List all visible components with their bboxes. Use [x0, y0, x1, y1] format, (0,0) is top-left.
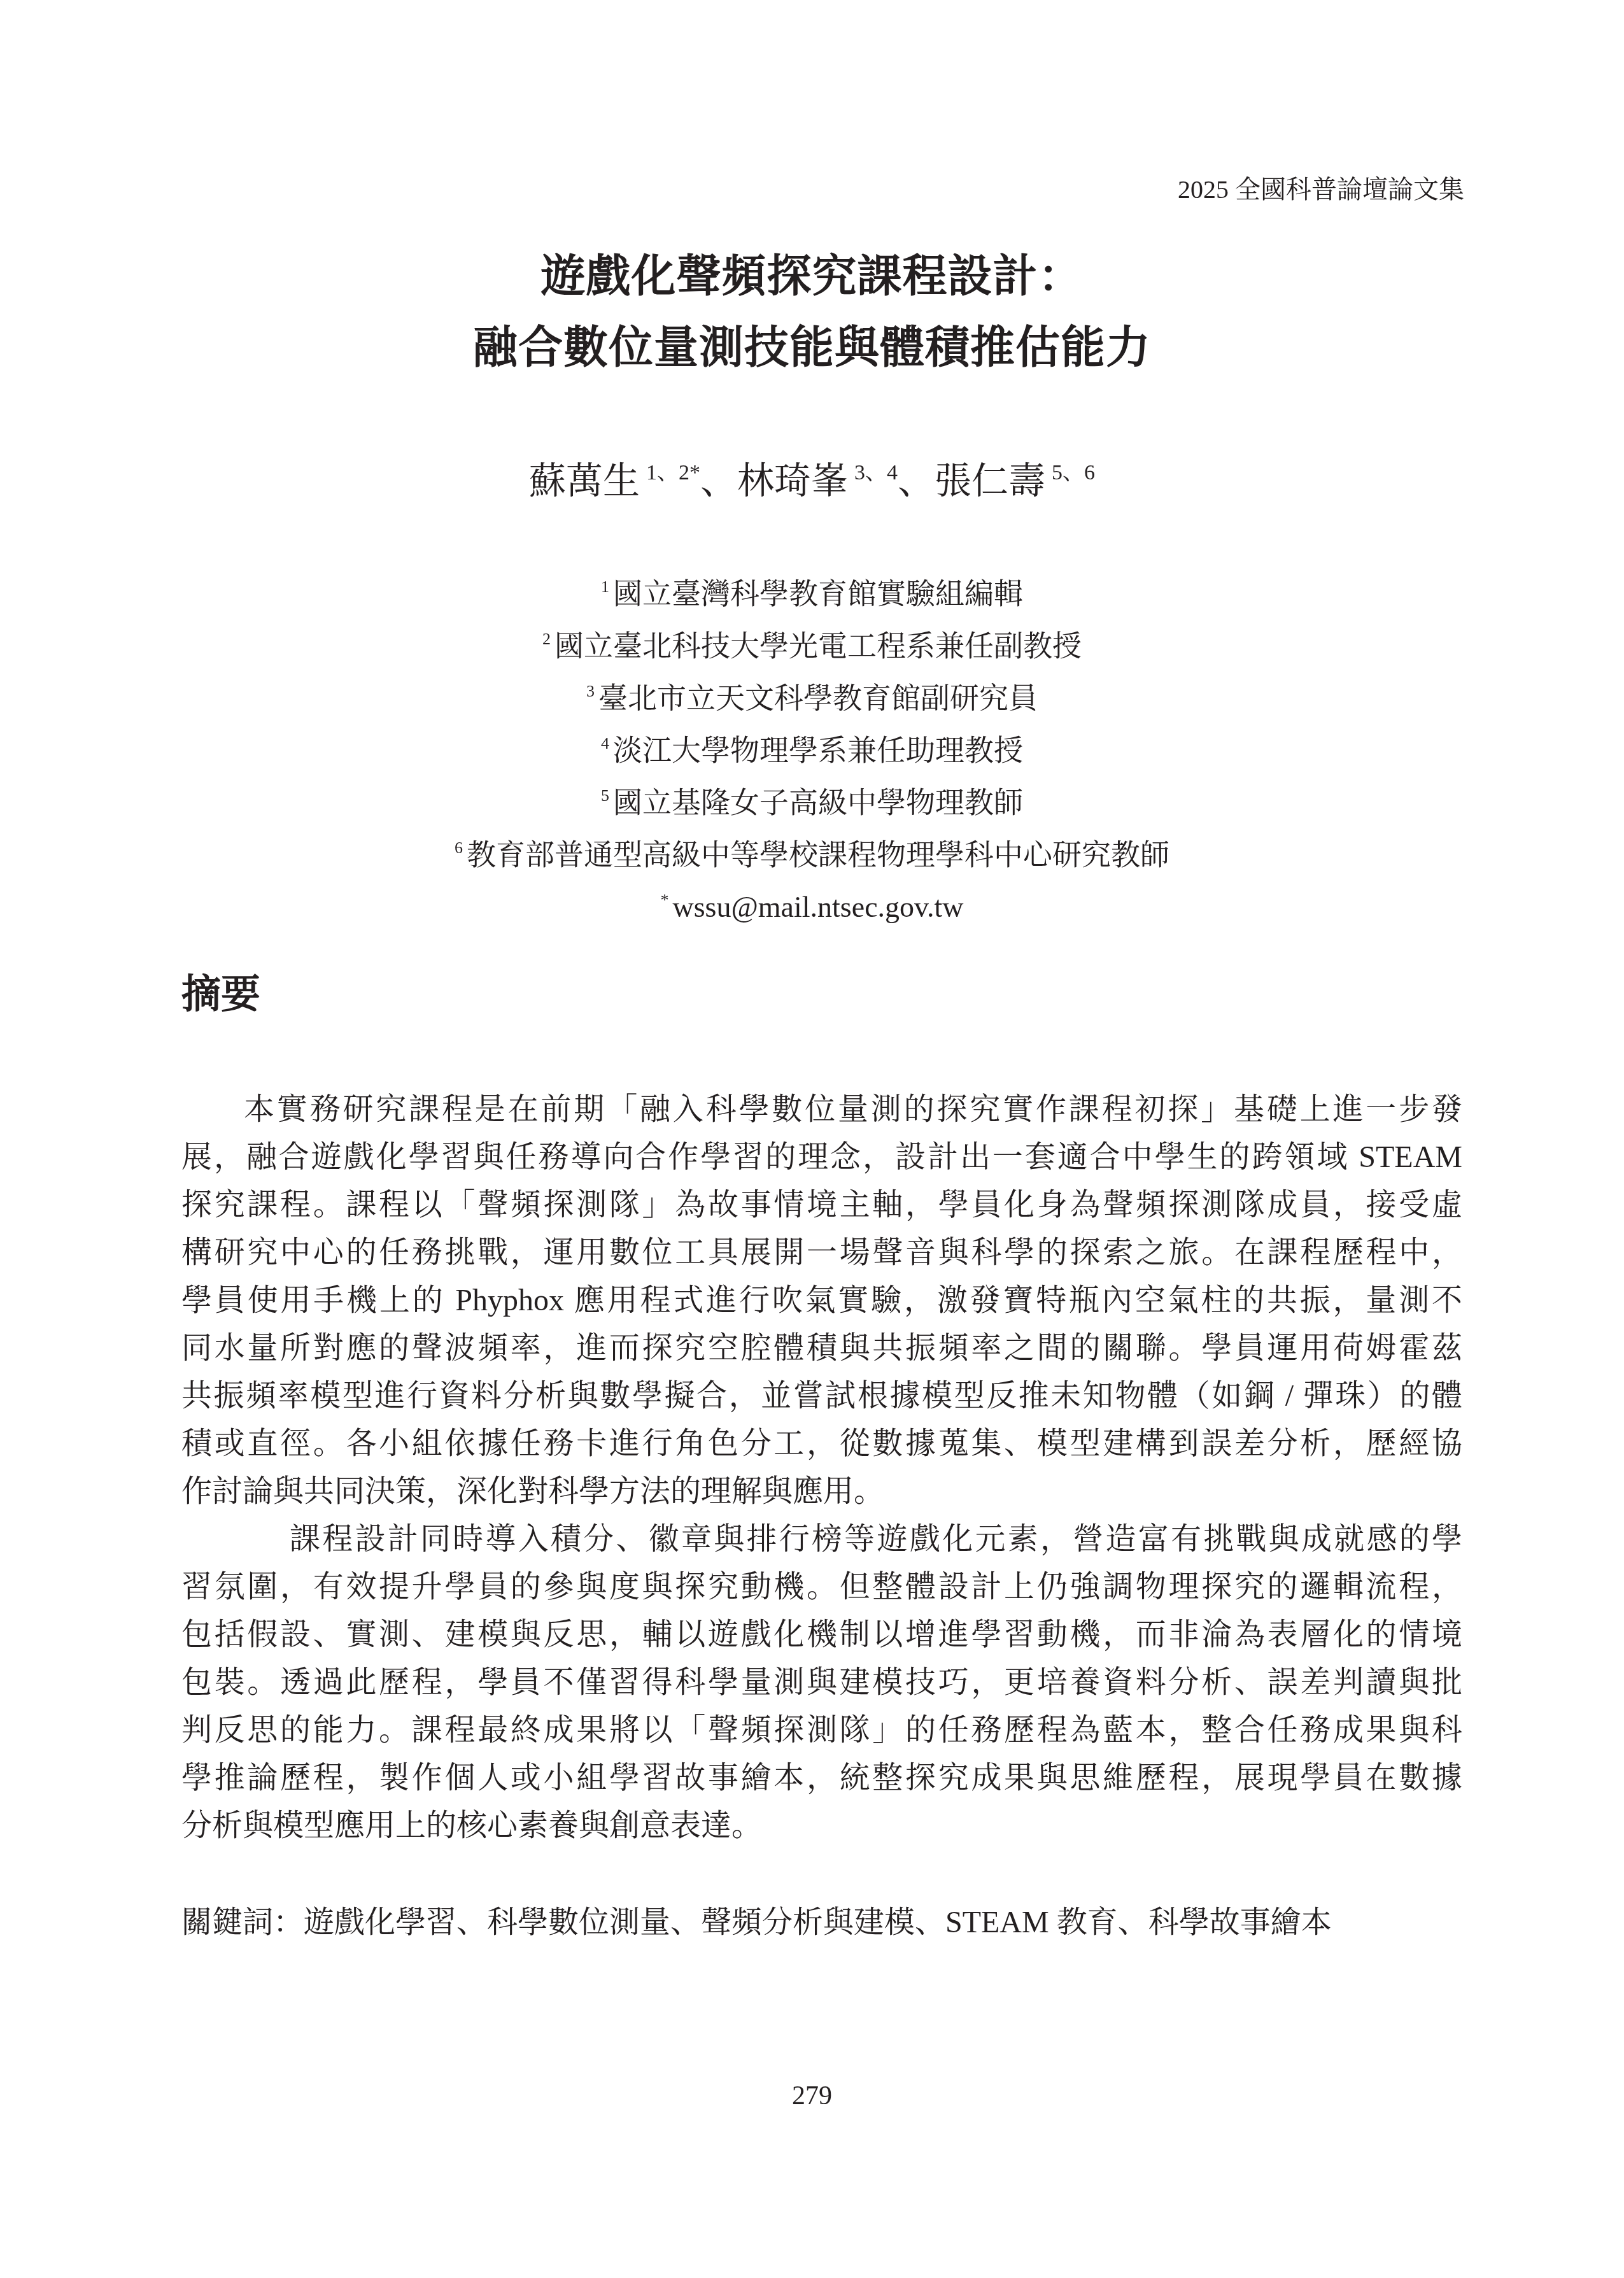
author-affiliation-marker: 5、6	[1052, 461, 1095, 485]
body-line: 判反思的能力。課程最終成果將以「聲頻探測隊」的任務歷程為藍本，整合任務成果與科	[181, 1706, 1462, 1754]
affiliation-text: 國立臺北科技大學光電工程系兼任副教授	[554, 630, 1082, 662]
body-line: 包括假設、實測、建模與反思，輔以遊戲化機制以增進學習動機，而非淪為表層化的情境	[181, 1611, 1462, 1659]
title-line-1: 遊戲化聲頻探究課程設計：	[0, 242, 1624, 313]
affiliation-item: 5國立基隆女子高級中學物理教師	[0, 779, 1624, 831]
affiliation-item: 1國立臺灣科學教育館實驗組編輯	[0, 570, 1624, 622]
corresponding-marker: *	[660, 891, 668, 909]
body-line: 本實務研究課程是在前期「融入科學數位量測的探究實作課程初探」基礎上進一步發	[181, 1086, 1462, 1133]
affiliation-marker: 5	[601, 786, 609, 805]
abstract-body: 本實務研究課程是在前期「融入科學數位量測的探究實作課程初探」基礎上進一步發 展，…	[181, 1086, 1462, 1850]
affiliation-marker: 3	[586, 682, 595, 700]
body-line: 積或直徑。各小組依據任務卡進行角色分工，從數據蒐集、模型建構到誤差分析，歷經協	[181, 1420, 1462, 1468]
author-list: 蘇萬生1、2*、林琦峯3、4、張仁壽5、6	[0, 456, 1624, 513]
keywords-text: 遊戲化學習、科學數位測量、聲頻分析與建模、STEAM 教育、科學故事繪本	[304, 1906, 1332, 1939]
keywords-label: 關鍵詞：	[181, 1906, 304, 1939]
affiliation-text: 臺北市立天文科學教育館副研究員	[598, 682, 1038, 714]
affiliation-text: 國立臺灣科學教育館實驗組編輯	[613, 577, 1023, 610]
keywords: 關鍵詞：遊戲化學習、科學數位測量、聲頻分析與建模、STEAM 教育、科學故事繪本	[181, 1899, 1332, 1946]
abstract-paragraph-1: 本實務研究課程是在前期「融入科學數位量測的探究實作課程初探」基礎上進一步發 展，…	[181, 1086, 1462, 1515]
affiliation-item: 6教育部普通型高級中等學校課程物理學科中心研究教師	[0, 831, 1624, 883]
running-header: 2025 全國科普論壇論文集	[1178, 171, 1464, 209]
affiliation-item: 4淡江大學物理學系兼任助理教授	[0, 726, 1624, 779]
title-line-2: 融合數位量測技能與體積推估能力	[0, 313, 1624, 385]
author-name: 蘇萬生	[529, 460, 640, 502]
affiliation-item: 3臺北市立天文科學教育館副研究員	[0, 674, 1624, 726]
body-line: 課程設計同時導入積分、徽章與排行榜等遊戲化元素，營造富有挑戰與成就感的學	[181, 1515, 1462, 1563]
affiliation-marker: 6	[455, 838, 463, 857]
affiliation-marker: 2	[542, 630, 551, 648]
abstract-paragraph-2: 課程設計同時導入積分、徽章與排行榜等遊戲化元素，營造富有挑戰與成就感的學 習氛圍…	[181, 1515, 1462, 1850]
body-line: 展，融合遊戲化學習與任務導向合作學習的理念，設計出一套適合中學生的跨領域 STE…	[181, 1133, 1462, 1181]
author-separator: 、	[700, 460, 737, 502]
affiliation-text: 教育部普通型高級中等學校課程物理學科中心研究教師	[467, 838, 1169, 871]
email-text[interactable]: wssu@mail.ntsec.gov.tw	[672, 891, 963, 923]
author-name: 張仁壽	[935, 460, 1045, 502]
author-affiliation-marker: 3、4	[854, 461, 898, 485]
body-line: 探究課程。課程以「聲頻探測隊」為故事情境主軸，學員化身為聲頻探測隊成員，接受虛	[181, 1181, 1462, 1229]
body-line: 同水量所對應的聲波頻率，進而探究空腔體積與共振頻率之間的關聯。學員運用荷姆霍茲	[181, 1324, 1462, 1372]
body-line: 分析與模型應用上的核心素養與創意表達。	[181, 1802, 1462, 1850]
author-affiliation-marker: 1、2*	[646, 461, 700, 485]
body-line: 共振頻率模型進行資料分析與數學擬合，並嘗試根據模型反推未知物體（如鋼 / 彈珠）…	[181, 1372, 1462, 1420]
affiliation-text: 淡江大學物理學系兼任助理教授	[613, 734, 1023, 767]
body-line: 習氛圍，有效提升學員的參與度與探究動機。但整體設計上仍強調物理探究的邏輯流程，	[181, 1563, 1462, 1611]
author-separator: 、	[898, 460, 935, 502]
body-line: 學推論歷程，製作個人或小組學習故事繪本，統整探究成果與思維歷程，展現學員在數據	[181, 1754, 1462, 1802]
affiliation-text: 國立基隆女子高級中學物理教師	[613, 786, 1023, 819]
corresponding-email[interactable]: *wssu@mail.ntsec.gov.tw	[0, 883, 1624, 935]
author-name: 林琦峯	[737, 460, 848, 502]
page-number: 279	[0, 2077, 1624, 2115]
affiliation-marker: 1	[601, 577, 609, 596]
body-line: 包裝。透過此歷程，學員不僅習得科學量測與建模技巧，更培養資料分析、誤差判讀與批	[181, 1659, 1462, 1706]
affiliation-item: 2國立臺北科技大學光電工程系兼任副教授	[0, 622, 1624, 674]
body-line: 構研究中心的任務挑戰，運用數位工具展開一場聲音與科學的探索之旅。在課程歷程中，	[181, 1229, 1462, 1277]
affiliation-list: 1國立臺灣科學教育館實驗組編輯 2國立臺北科技大學光電工程系兼任副教授 3臺北市…	[0, 570, 1624, 935]
abstract-heading: 摘要	[181, 966, 260, 1024]
body-line: 作討論與共同決策，深化對科學方法的理解與應用。	[181, 1468, 1462, 1515]
paper-title: 遊戲化聲頻探究課程設計： 融合數位量測技能與體積推估能力	[0, 242, 1624, 385]
affiliation-marker: 4	[601, 734, 609, 753]
body-line: 學員使用手機上的 Phyphox 應用程式進行吹氣實驗，激發寶特瓶內空氣柱的共振…	[181, 1277, 1462, 1324]
